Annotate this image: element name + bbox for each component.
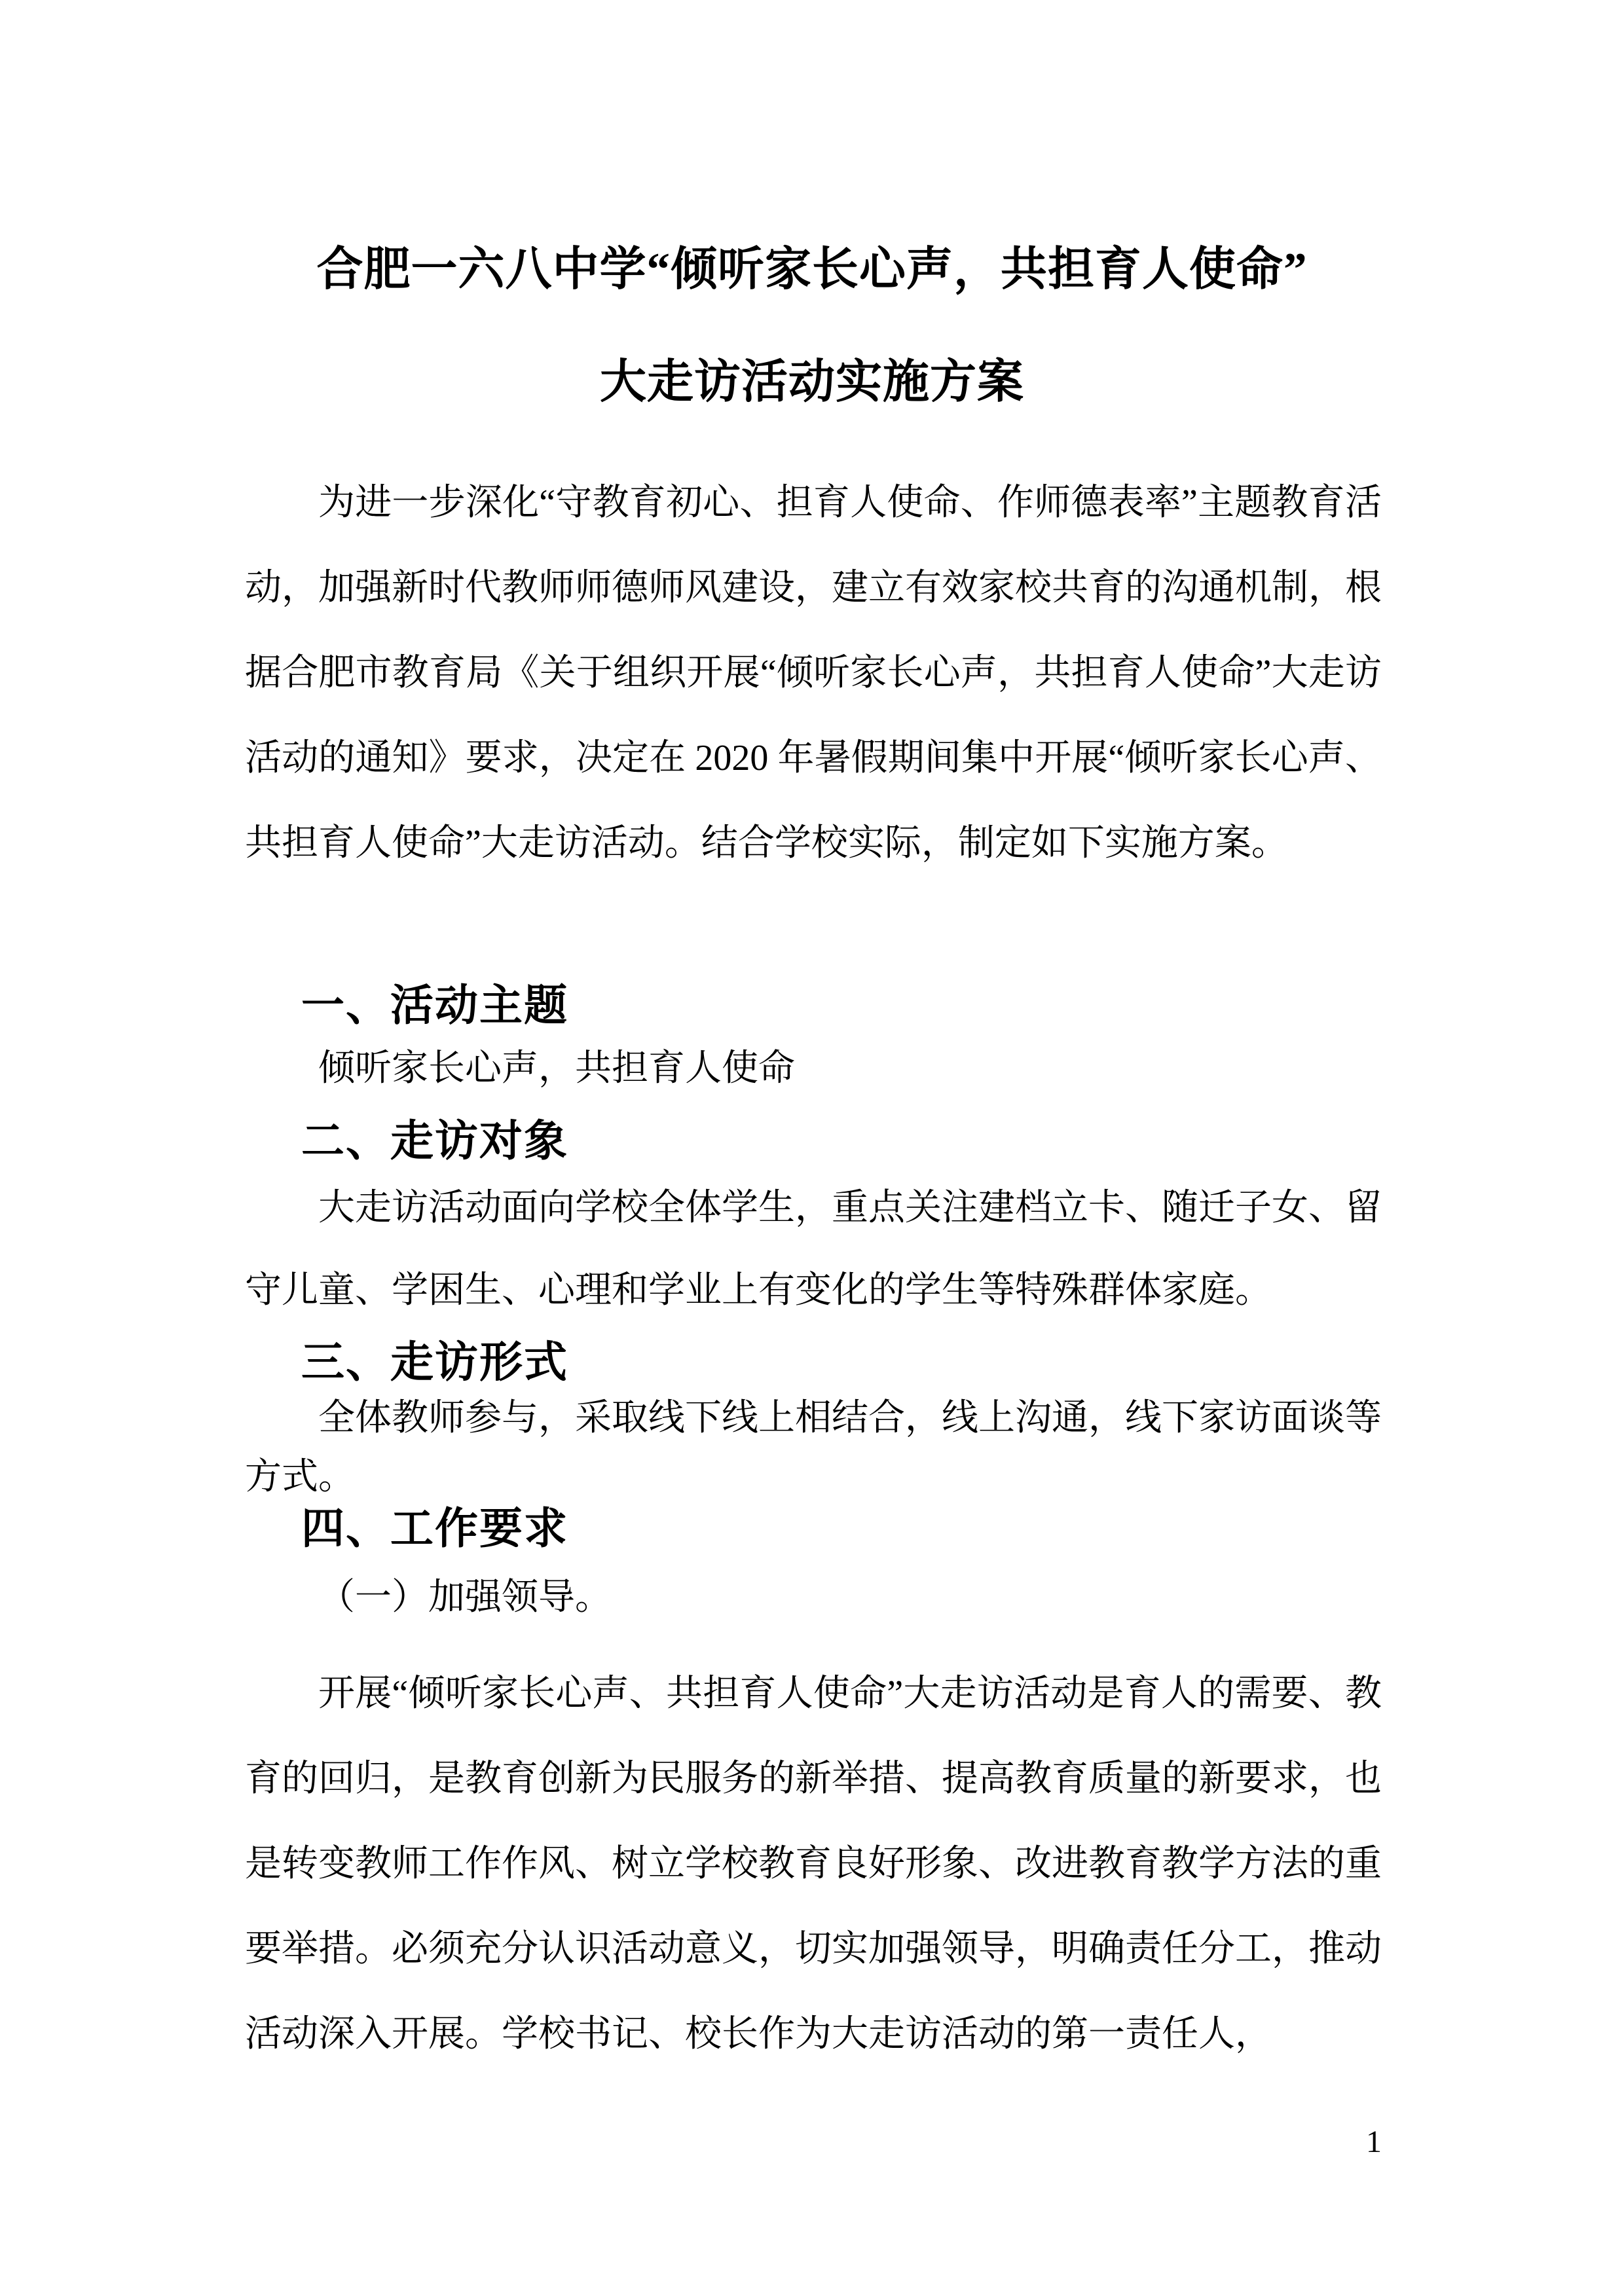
section-1-body: 倾听家长心声，共担育人使命: [245, 1046, 1382, 1091]
section-3-body: 全体教师参与，采取线下线上相结合，线上沟通，线下家访面谈等方式。: [245, 1389, 1382, 1506]
section-2-heading: 二、走访对象: [301, 1119, 568, 1162]
document-title-line-1: 合肥一六八中学“倾听家长心声，共担育人使命”: [0, 244, 1624, 297]
section-4-subheading: （一）加强领导。: [245, 1575, 1382, 1620]
document-title-line-2: 大走访活动实施方案: [0, 356, 1624, 410]
section-3-heading: 三、走访形式: [301, 1340, 568, 1383]
section-4-body: 开展“倾听家长心声、共担育人使命”大走访活动是育人的需要、教育的回归，是教育创新…: [245, 1651, 1382, 2077]
section-1-heading: 一、活动主题: [301, 983, 568, 1027]
section-2-body: 大走访活动面向学校全体学生，重点关注建档立卡、随迁子女、留守儿童、学困生、心理和…: [245, 1167, 1382, 1332]
document-page: 合肥一六八中学“倾听家长心声，共担育人使命” 大走访活动实施方案 为进一步深化“…: [0, 0, 1624, 2296]
page-number: 1: [245, 2126, 1382, 2158]
intro-paragraph: 为进一步深化“守教育初心、担育人使命、作师德表率”主题教育活动，加强新时代教师师…: [245, 460, 1382, 886]
section-4-heading: 四、工作要求: [301, 1506, 568, 1550]
